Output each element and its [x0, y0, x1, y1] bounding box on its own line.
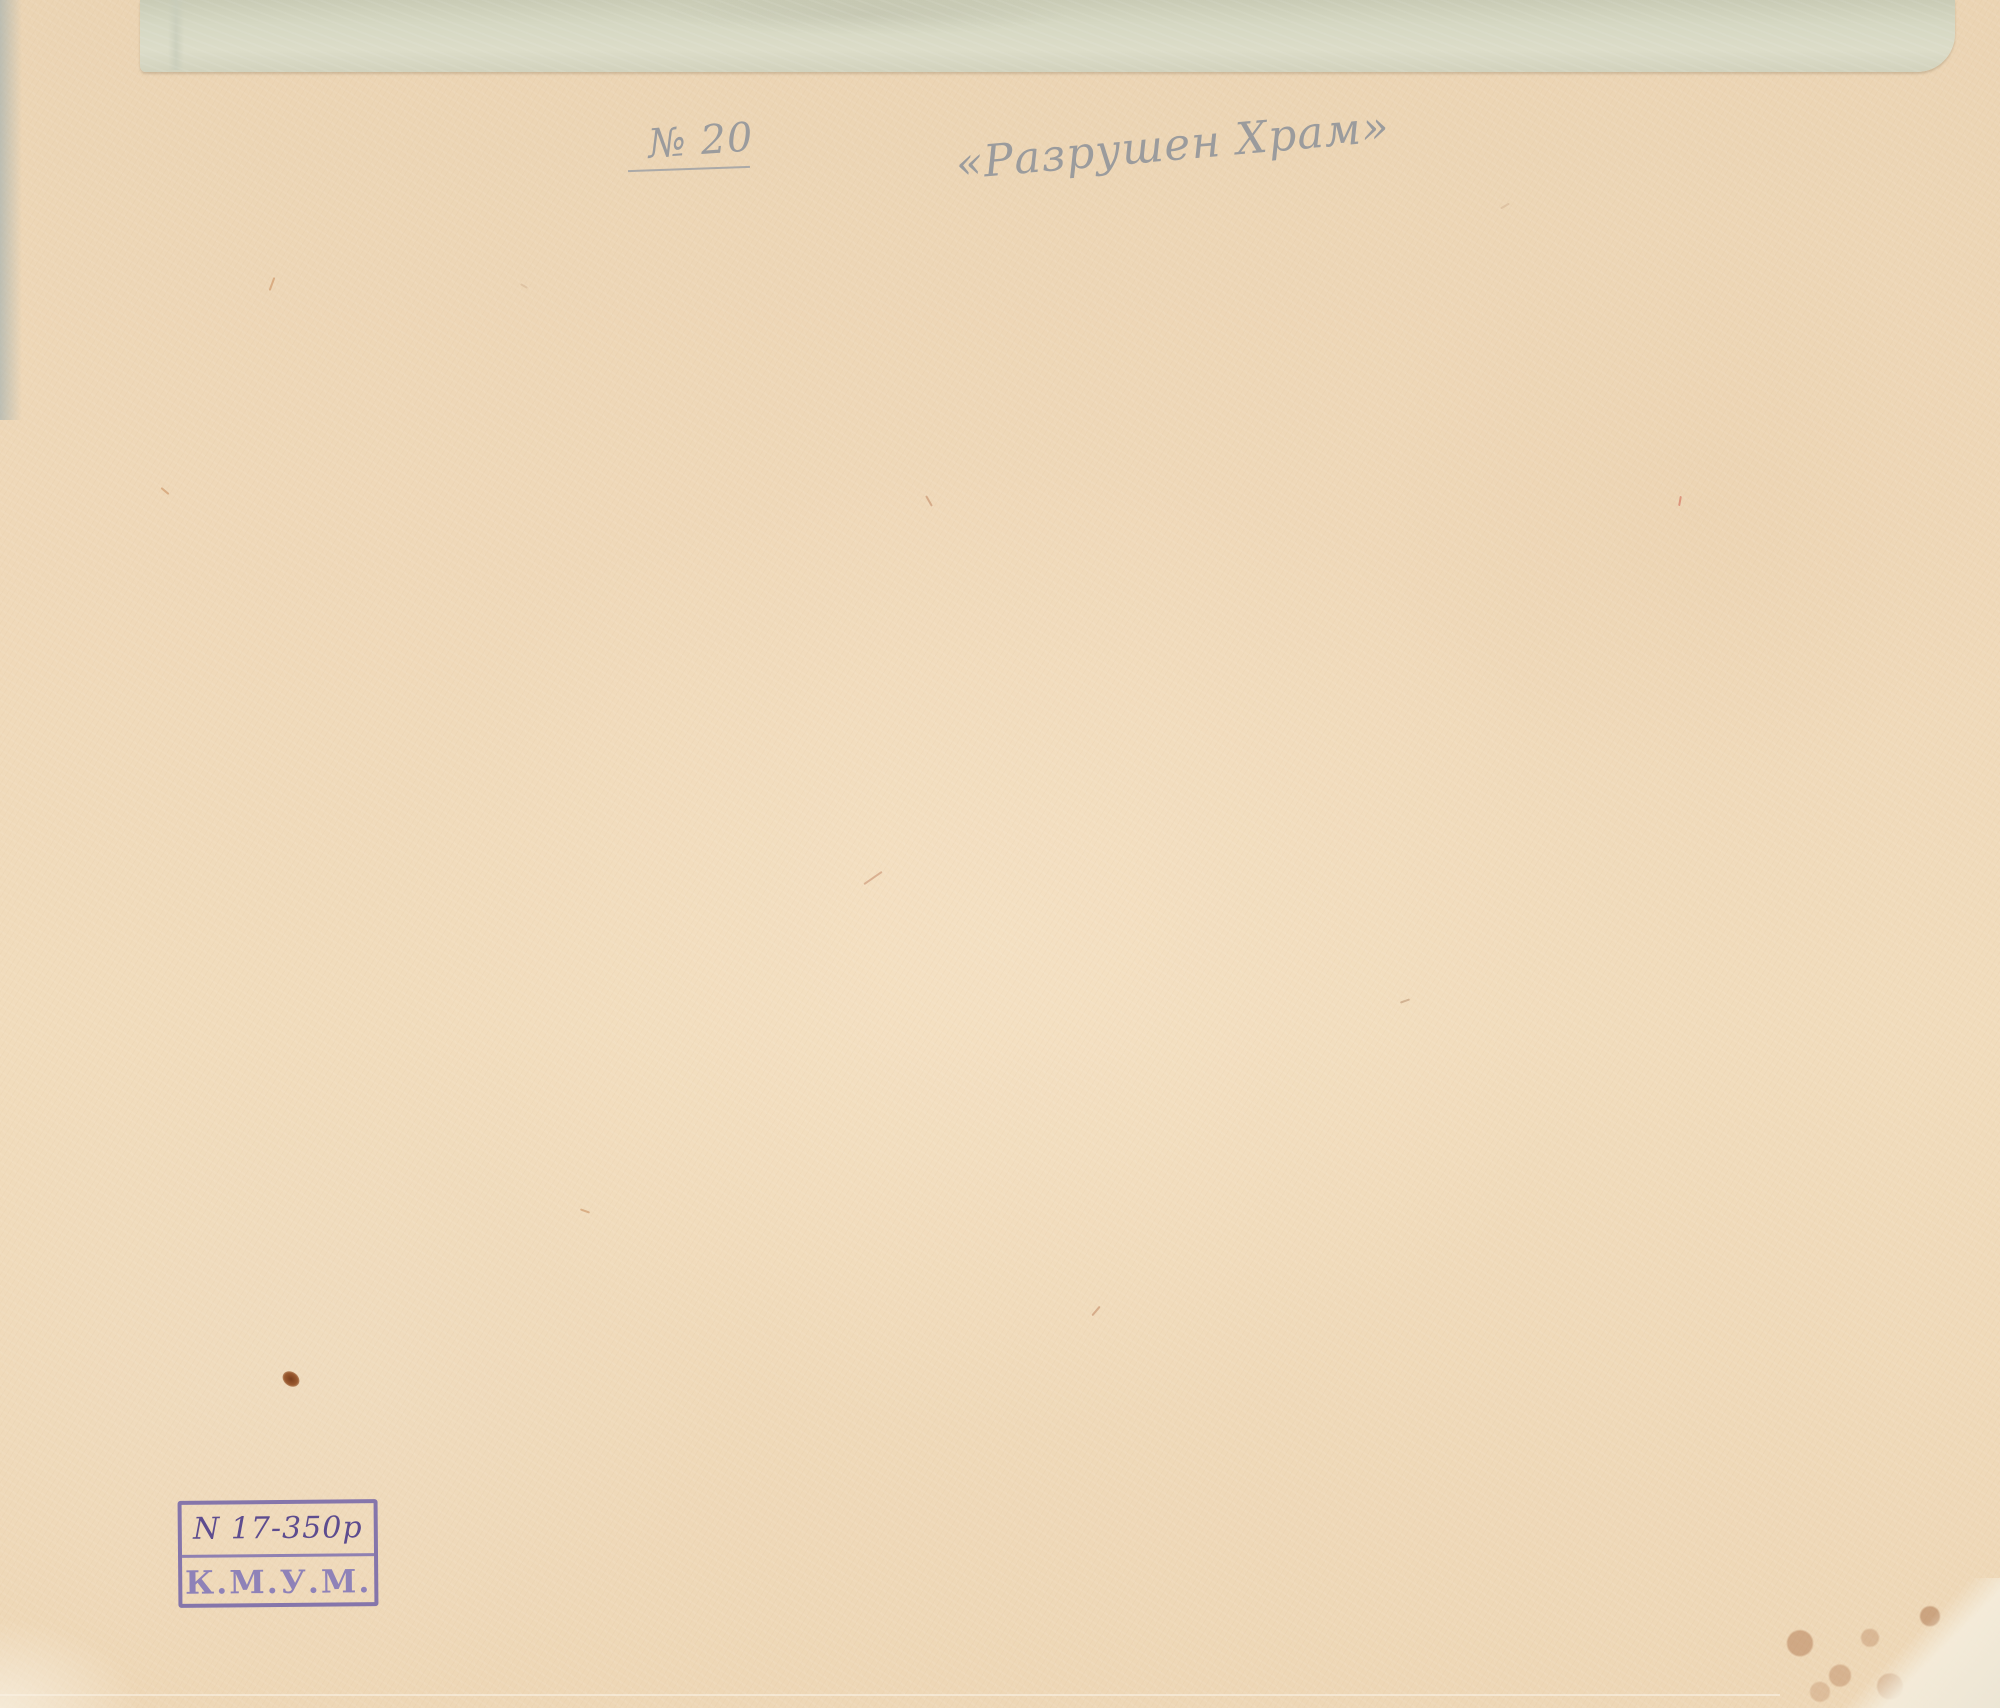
title-inscription: «Разрушен Храм»: [954, 101, 1392, 190]
paper-fiber: [580, 1208, 590, 1213]
museum-stamp: N 17-350р К.М.У.М.: [178, 1499, 379, 1608]
stamp-institution: К.М.У.М.: [182, 1556, 374, 1608]
left-edge-tint: [0, 0, 22, 420]
paper-fiber: [925, 495, 933, 506]
artwork-reverse-sheet: № 20 «Разрушен Храм» N 17-350р К.М.У.М.: [0, 0, 2000, 1708]
paper-fiber: [161, 487, 170, 495]
paper-fiber: [520, 283, 528, 289]
stamp-inventory-number: N 17-350р: [182, 1503, 374, 1558]
paper-fiber: [1500, 203, 1510, 210]
paper-crease: [0, 1694, 1780, 1696]
paper-fiber: [1091, 1306, 1100, 1316]
tape-strip: [140, 0, 1955, 72]
brown-stain-spot: [280, 1368, 303, 1390]
paper-fiber: [269, 277, 276, 291]
inventory-number-underline: [628, 166, 750, 172]
paper-grain: [0, 0, 2000, 1708]
paper-fiber: [1678, 496, 1682, 506]
paper-fiber: [1400, 998, 1410, 1003]
corner-wear-bottom-right: [1840, 1578, 2000, 1708]
paper-fiber: [863, 871, 882, 885]
inventory-number-inscription: № 20: [647, 114, 755, 167]
